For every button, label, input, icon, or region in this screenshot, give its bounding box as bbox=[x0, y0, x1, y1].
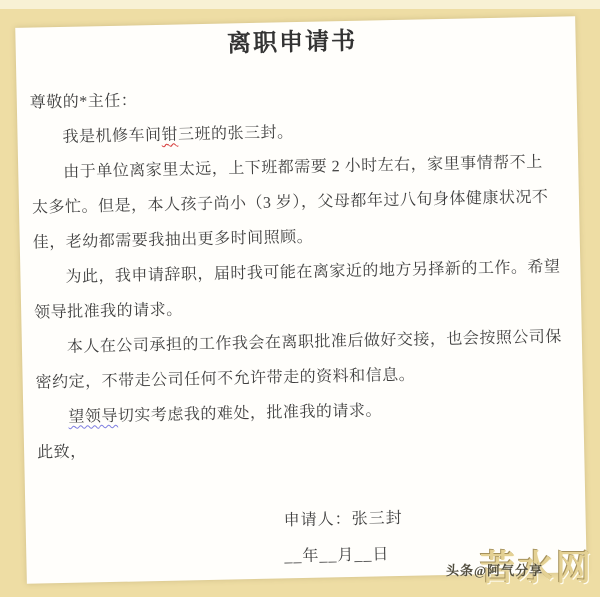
paragraph-text: 切实考虑我的难处，批准我的请求。 bbox=[118, 402, 382, 425]
applicant-line: 申请人：张三封 bbox=[283, 498, 566, 540]
grammar-marked-words: 望领导 bbox=[68, 408, 118, 426]
background-top-strip bbox=[0, 0, 600, 9]
document-title: 离职申请书 bbox=[28, 23, 556, 64]
screenshot-root: { "document": { "title": "离职申请书", "parag… bbox=[0, 0, 600, 597]
paragraph-text: 三班的张三封。 bbox=[178, 124, 294, 143]
spellcheck-marked-word: 钳 bbox=[161, 127, 178, 144]
paragraph-text: 我是机修车间 bbox=[62, 127, 161, 146]
document-page: 离职申请书 尊敬的*主任： 我是机修车间钳三班的张三封。 由于单位离家里太远，上… bbox=[15, 16, 587, 584]
signature-block: 申请人：张三封 __年__月__日 bbox=[283, 498, 566, 576]
date-line: __年__月__日 bbox=[284, 534, 567, 576]
paragraph-reason: 由于单位离家里太远，上下班都需要 2 小时左右，家里事情帮不上太多忙。但是，本人… bbox=[31, 145, 560, 261]
paragraph-request: 为此，我申请辞职，届时我可能在离家近的地方另择新的工作。希望领导批准我的请求。 bbox=[33, 250, 561, 331]
paragraph-handover: 本人在公司承担的工作我会在离职批准后做好交接，也会按照公司保密约定，不带走公司任… bbox=[35, 320, 563, 401]
